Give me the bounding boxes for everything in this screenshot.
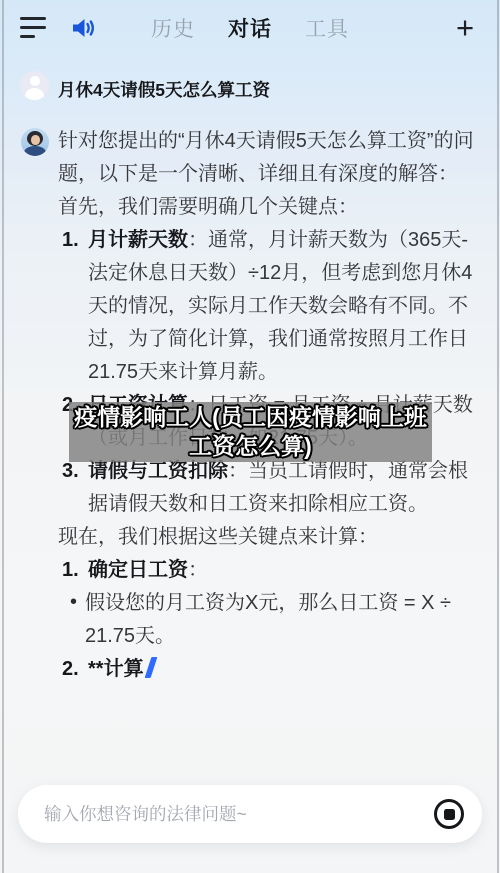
user-question: 月休4天请假5天怎么算工资	[58, 77, 270, 102]
avatar-shoulders-shape	[24, 146, 46, 156]
tab-dialogue[interactable]: 对话	[228, 13, 272, 43]
answer-transition: 现在，我们根据这些关键点来计算：	[58, 521, 477, 554]
overlay-title-line: 疫情影响工人(员工因疫情影响上班	[74, 403, 427, 432]
bullet-glyph: •	[70, 586, 77, 619]
avatar-head-shape	[30, 76, 40, 86]
key-point-text: ：通常，月计薪天数为（365天-法定休息日天数）÷12月，但考虑到您月休4天的情…	[88, 229, 472, 383]
typing-cursor-icon	[144, 657, 157, 678]
answer-lead: 首先，我们需要明确几个关键点：	[58, 191, 477, 224]
streaming-text: **计算	[88, 658, 144, 680]
bullet-item: • 假设您的月工资为X元，那么日工资 = X ÷ 21.75天。	[58, 587, 477, 653]
video-title-overlay: 疫情影响工人(员工因疫情影响上班 工资怎么算)	[69, 402, 432, 462]
calc-step-item: 1. 确定日工资：	[58, 554, 477, 587]
frame-edge-left	[2, 0, 4, 873]
list-number: 1.	[62, 224, 79, 257]
key-point-item: 3. 请假与工资扣除：当员工请假时，通常会根据请假天数和日工资来扣除相应工资。	[58, 455, 477, 521]
tab-bar: 历史 对话 工具	[0, 0, 500, 56]
top-bar: 历史 对话 工具 +	[0, 0, 500, 56]
message-composer	[18, 785, 482, 843]
key-point-item: 1. 月计薪天数：通常，月计薪天数为（365天-法定休息日天数）÷12月，但考虑…	[58, 224, 477, 389]
key-point-label: 月计薪天数	[88, 229, 188, 251]
list-number: 1.	[62, 554, 79, 587]
tab-tools[interactable]: 工具	[305, 13, 349, 43]
add-icon[interactable]: +	[448, 8, 482, 48]
list-number: 2.	[62, 653, 79, 686]
calc-step-label: 确定日工资	[88, 559, 188, 581]
stop-icon	[444, 809, 455, 820]
user-avatar	[20, 71, 49, 100]
avatar-body-shape	[25, 88, 44, 100]
key-point-label: 请假与工资扣除	[88, 460, 228, 482]
calc-step-colon: ：	[188, 559, 208, 581]
stop-generation-button[interactable]	[434, 799, 464, 829]
tab-history[interactable]: 历史	[151, 13, 195, 43]
overlay-title-line: 工资怎么算)	[189, 432, 312, 461]
bullet-text: 假设您的月工资为X元，那么日工资 = X ÷ 21.75天。	[85, 592, 451, 647]
frame-edge-right	[497, 0, 499, 873]
avatar-face-shape	[31, 135, 40, 146]
assistant-avatar	[21, 128, 49, 156]
calc-step-item: 2. **计算	[58, 653, 477, 686]
question-input[interactable]	[18, 785, 482, 843]
answer-intro: 针对您提出的“月休4天请假5天怎么算工资”的问题，以下是一个清晰、详细且有深度的…	[58, 125, 477, 191]
